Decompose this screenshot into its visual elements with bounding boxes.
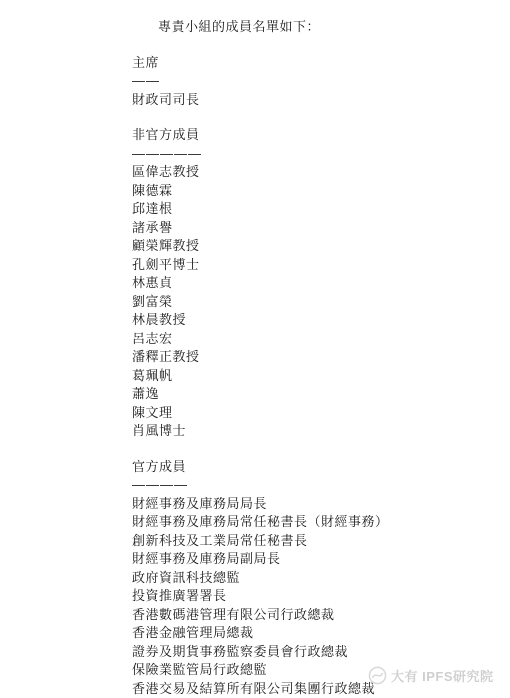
member-line: 呂志宏 [132, 330, 490, 349]
member-line: 區偉志教授 [132, 163, 490, 182]
heading-underline: —— [132, 72, 490, 91]
swirl-logo-icon [368, 666, 387, 685]
member-line: 孔劍平博士 [132, 256, 490, 275]
member-line: 香港數碼港管理有限公司行政總裁 [132, 606, 490, 625]
article-page: 專責小組的成員名單如下： 主席 —— 財政司司長 非官方成員 ————— 區偉志… [0, 0, 510, 698]
member-line: 劉富榮 [132, 293, 490, 312]
member-line: 林惠貞 [132, 274, 490, 293]
section-chairman: 主席 —— 財政司司長 [132, 54, 490, 110]
member-line: 諸承譽 [132, 219, 490, 238]
member-line: 邱達根 [132, 200, 490, 219]
section-heading: 主席 [132, 54, 490, 73]
heading-underline: ————— [132, 145, 490, 164]
watermark: 大有 IPFS研究院 [368, 666, 494, 685]
member-line: 財經事務及庫務局常任秘書長（財經事務） [132, 513, 490, 532]
member-line: 財政司司長 [132, 91, 490, 110]
member-line: 財經事務及庫務局局長 [132, 495, 490, 514]
member-line: 陳德霖 [132, 182, 490, 201]
section-official: 官方成員 ———— 財經事務及庫務局局長 財經事務及庫務局常任秘書長（財經事務）… [132, 458, 490, 698]
member-line: 葛珮帆 [132, 367, 490, 386]
member-line: 投資推廣署署長 [132, 587, 490, 606]
member-line: 顧榮輝教授 [132, 237, 490, 256]
watermark-label: 大有 IPFS研究院 [391, 666, 494, 685]
member-line: 林晨教授 [132, 311, 490, 330]
member-line: 政府資訊科技總監 [132, 569, 490, 588]
member-line: 證券及期貨事務監察委員會行政總裁 [132, 643, 490, 662]
member-line: 財經事務及庫務局副局長 [132, 550, 490, 569]
section-heading: 官方成員 [132, 458, 490, 477]
member-line: 陳文理 [132, 404, 490, 423]
member-line: 創新科技及工業局常任秘書長 [132, 532, 490, 551]
member-line: 肖風博士 [132, 422, 490, 441]
section-heading: 非官方成員 [132, 126, 490, 145]
member-line: 香港金融管理局總裁 [132, 624, 490, 643]
member-line: 蕭逸 [132, 385, 490, 404]
section-non-official: 非官方成員 ————— 區偉志教授 陳德霖 邱達根 諸承譽 顧榮輝教授 孔劍平博… [132, 126, 490, 441]
intro-line: 專責小組的成員名單如下： [132, 18, 490, 37]
heading-underline: ———— [132, 476, 490, 495]
member-line: 潘釋正教授 [132, 348, 490, 367]
